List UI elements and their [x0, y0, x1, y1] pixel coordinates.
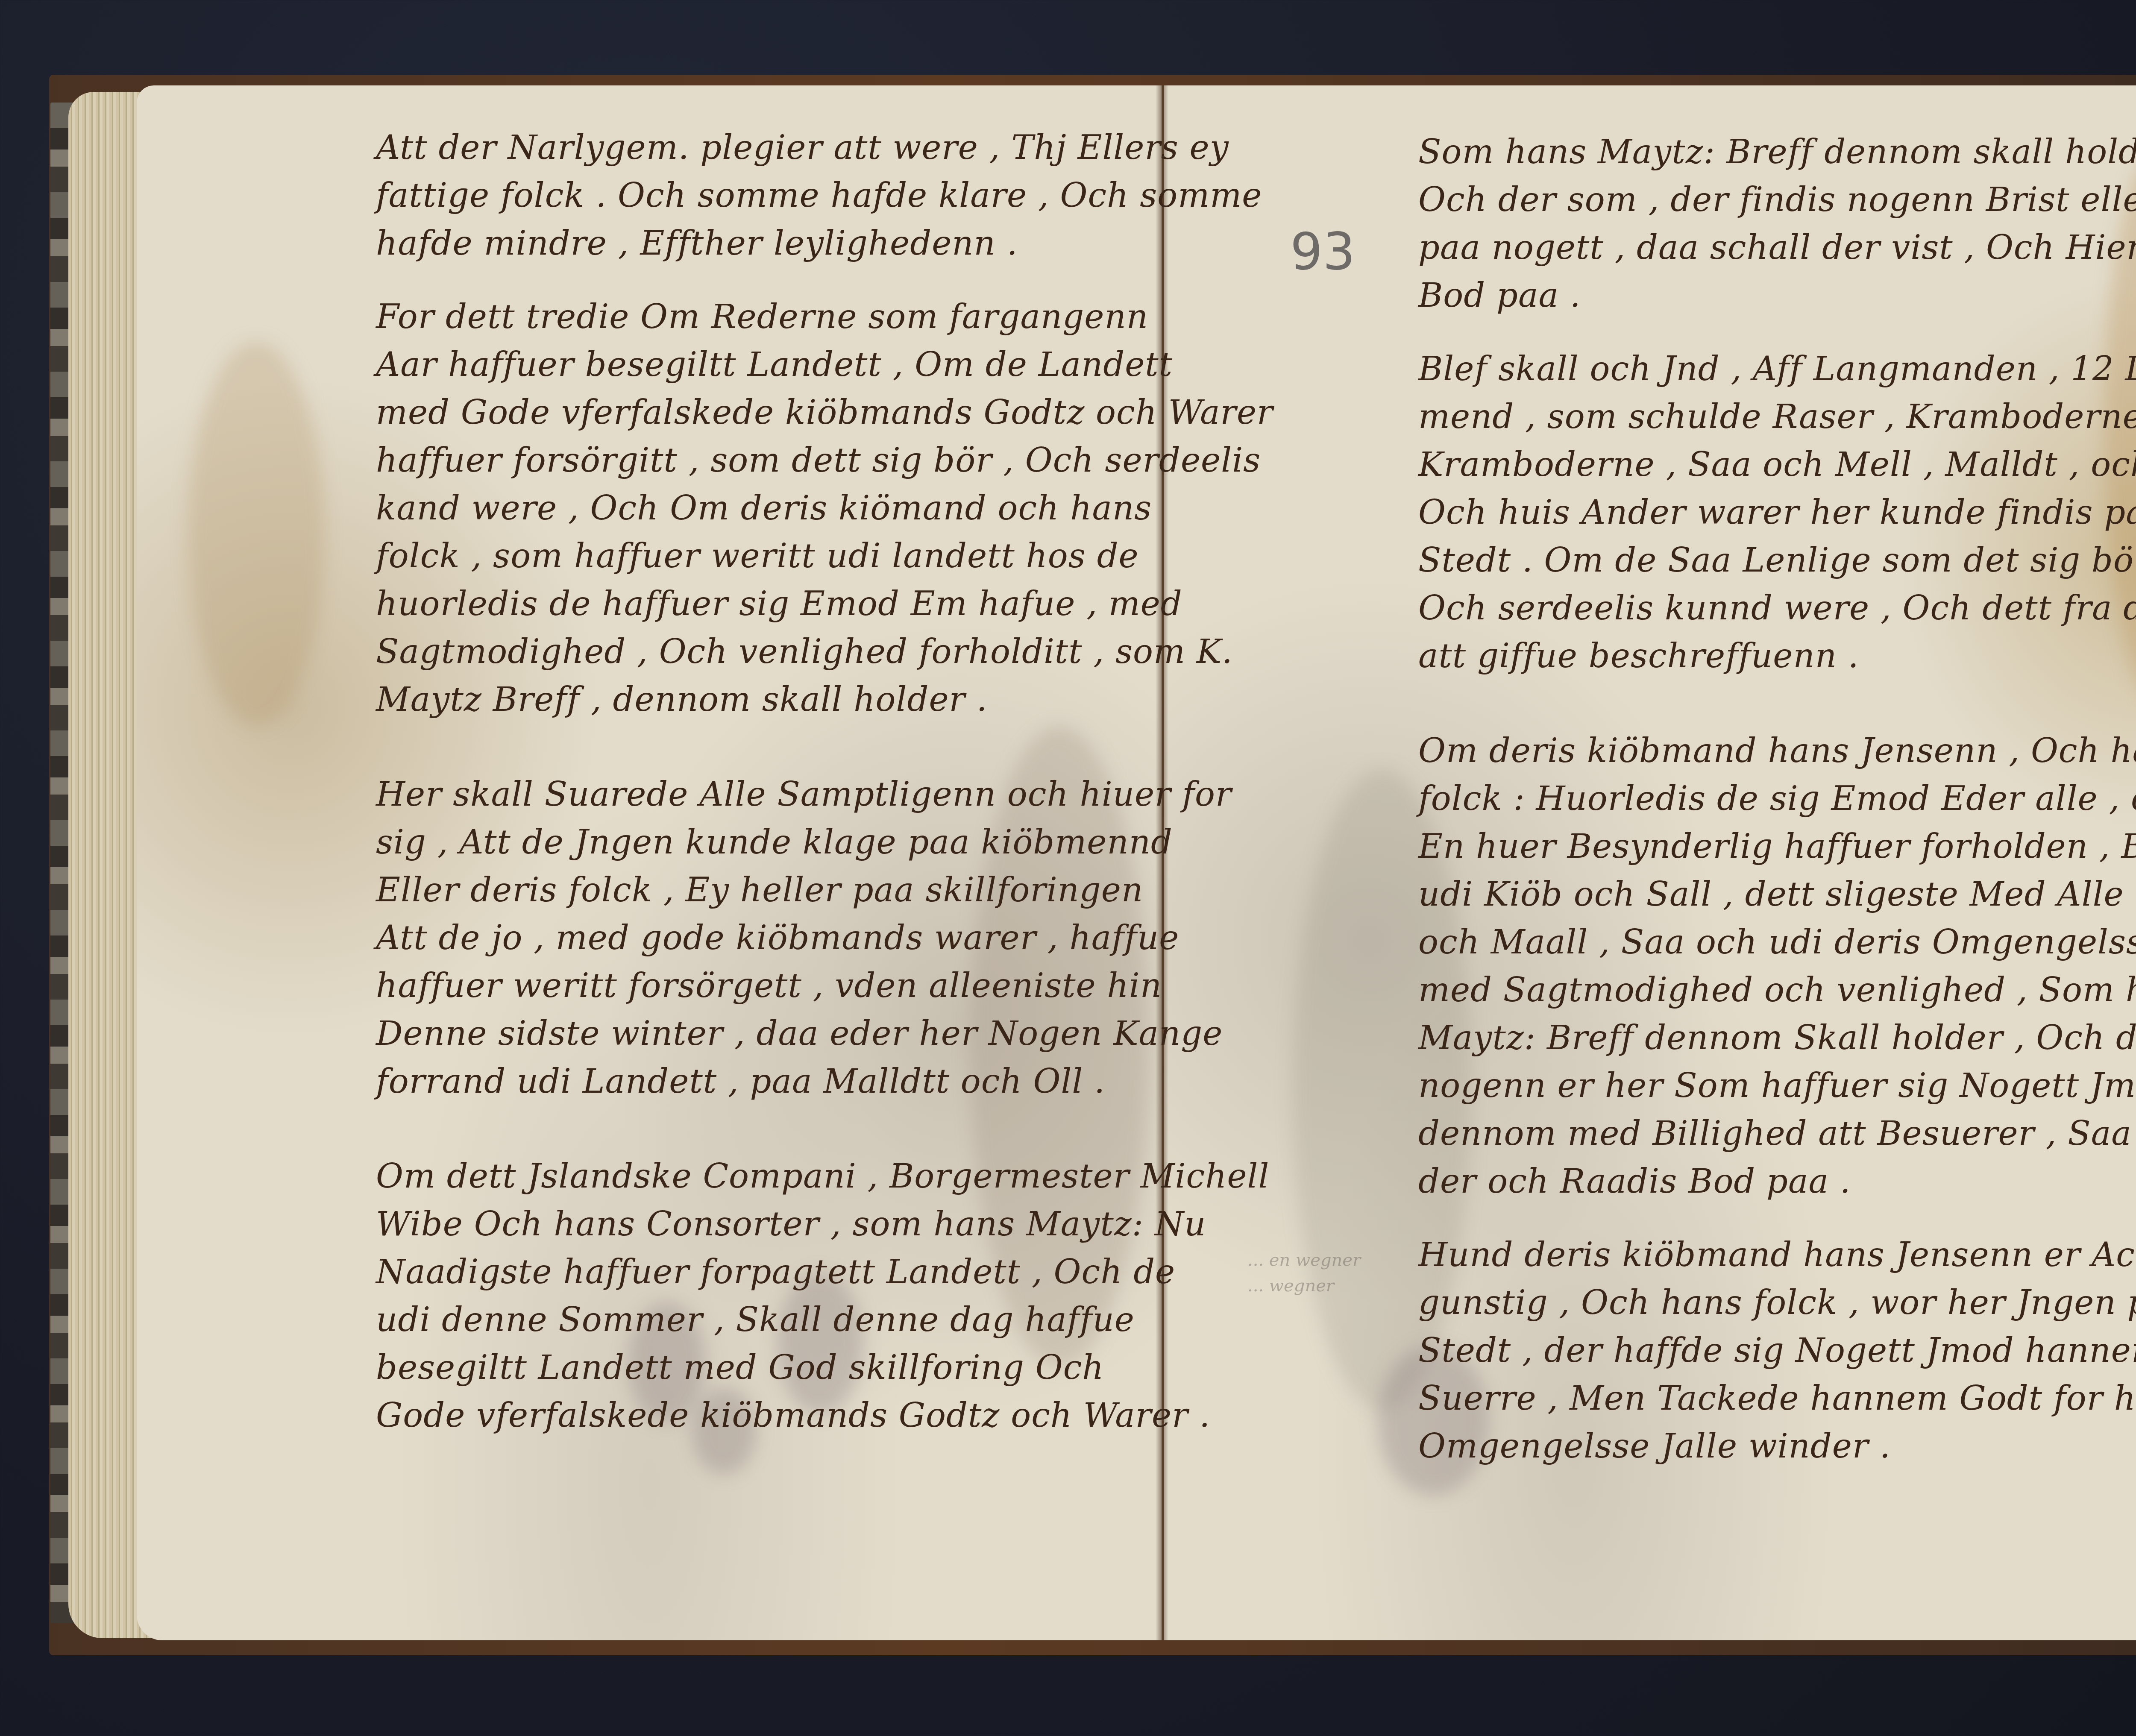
text-line: gunstig , Och hans folck , wor her Jngen… [1418, 1279, 2136, 1327]
text-line: Hund deris kiöbmand hans Jensenn er Acht… [1418, 1231, 2136, 1279]
paragraph: Som hans Maytz: Breff dennom skall holde… [1418, 128, 2136, 320]
text-line: Naadigste haffuer forpagtett Landett , O… [376, 1248, 1145, 1296]
text-line: Och serdeelis kunnd were , Och dett fra … [1418, 584, 2136, 632]
text-line: att giffue beschreffuenn . [1418, 632, 2136, 680]
text-line: Suerre , Men Tackede hannem Godt for han… [1418, 1375, 2136, 1422]
text-line: Och huis Ander warer her kunde findis pa… [1418, 489, 2136, 537]
text-line: hafde mindre , Effther leylighedenn . [376, 220, 1145, 267]
text-line: Att der Narlygem. plegier att were , Thj… [376, 124, 1145, 172]
paragraph: Att der Narlygem. plegier att were , Thj… [376, 124, 1145, 267]
text-line: For dett tredie Om Rederne som fargangen… [376, 293, 1145, 341]
text-line: haffuer forsörgitt , som dett sig bör , … [376, 437, 1145, 484]
text-line: Maytz: Breff dennom Skall holder , Och d… [1418, 1014, 2136, 1062]
text-line: med Sagtmodighed och venlighed , Som han… [1418, 966, 2136, 1014]
folio-number: 93 [1290, 222, 1356, 282]
offset-line: ... wegner [1247, 1273, 1361, 1299]
text-line: Aar haffuer besegiltt Landett , Om de La… [376, 341, 1145, 389]
right-page-text: Som hans Maytz: Breff dennom skall holde… [1418, 128, 2136, 1496]
text-line: Eller deris folck , Ey heller paa skillf… [376, 866, 1145, 914]
text-line: huorledis de haffuer sig Emod Em hafue ,… [376, 580, 1145, 628]
text-line: och Maall , Saa och udi deris Omgengelss… [1418, 918, 2136, 966]
paragraph: Om deris kiöbmand hans Jensenn , Och han… [1418, 727, 2136, 1205]
text-line: Denne sidste winter , daa eder her Nogen… [376, 1010, 1145, 1058]
left-page-text: Att der Narlygem. plegier att were , Thj… [376, 124, 1145, 1465]
text-line: Kramboderne , Saa och Mell , Malldt , oc… [1418, 441, 2136, 489]
text-line: udi denne Sommer , Skall denne dag haffu… [376, 1296, 1145, 1344]
text-line: Att de jo , med gode kiöbmands warer , h… [376, 914, 1145, 962]
text-line: fattige folck . Och somme hafde klare , … [376, 172, 1145, 220]
text-line: folck , som haffuer weritt udi landett h… [376, 532, 1145, 580]
text-line: nogenn er her Som haffuer sig Nogett Jmo… [1418, 1062, 2136, 1110]
text-line: paa nogett , daa schall der vist , Och H… [1418, 224, 2136, 272]
text-line: Her skall Suarede Alle Samptligenn och h… [376, 771, 1145, 818]
text-line: Gode vferfalskede kiöbmands Godtz och Wa… [376, 1392, 1145, 1440]
paragraph: Blef skall och Jnd , Aff Langmanden , 12… [1418, 345, 2136, 680]
text-line: Sagtmodighed , Och venlighed forholditt … [376, 628, 1145, 676]
text-line: Stedt , der haffde sig Nogett Jmod hanne… [1418, 1327, 2136, 1375]
text-line: mend , som schulde Raser , Kramboderne u… [1418, 393, 2136, 441]
text-line: En huer Besynderlig haffuer forholden , … [1418, 823, 2136, 871]
text-line: Wibe Och hans Consorter , som hans Maytz… [376, 1200, 1145, 1248]
paragraph: For dett tredie Om Rederne som fargangen… [376, 293, 1145, 724]
text-line: kand were , Och Om deris kiömand och han… [376, 484, 1145, 532]
text-line: Bod paa . [1418, 272, 2136, 320]
text-line: Som hans Maytz: Breff dennom skall holde… [1418, 128, 2136, 176]
text-line: besegiltt Landett med God skillforing Oc… [376, 1344, 1145, 1392]
text-line: dennom med Billighed att Besuerer , Saa … [1418, 1110, 2136, 1158]
paragraph: Hund deris kiöbmand hans Jensenn er Acht… [1418, 1231, 2136, 1470]
text-line: med Gode vferfalskede kiöbmands Godtz oc… [376, 389, 1145, 437]
text-line: forrand udi Landett , paa Malldtt och Ol… [376, 1058, 1145, 1106]
offset-line: ... en wegner [1247, 1247, 1361, 1273]
text-line: sig , Att de Jngen kunde klage paa kiöbm… [376, 818, 1145, 866]
text-line: der och Raadis Bod paa . [1418, 1158, 2136, 1205]
ink-offset-note: ... en wegner ... wegner [1247, 1247, 1361, 1299]
text-line: Maytz Breff , dennom skall holder . [376, 676, 1145, 724]
text-line: Om deris kiöbmand hans Jensenn , Och han… [1418, 727, 2136, 775]
text-line: folck : Huorledis de sig Emod Eder alle … [1418, 775, 2136, 823]
text-line: Stedt . Om de Saa Lenlige som det sig bö… [1418, 537, 2136, 584]
paragraph: Her skall Suarede Alle Samptligenn och h… [376, 771, 1145, 1106]
text-line: Och der som , der findis nogenn Brist el… [1418, 176, 2136, 224]
text-line: haffuer weritt forsörgett , vden alleeni… [376, 962, 1145, 1010]
paragraph: Om dett Jslandske Compani , Borgermester… [376, 1152, 1145, 1440]
text-line: Omgengelsse Jalle winder . [1418, 1422, 2136, 1470]
text-line: Blef skall och Jnd , Aff Langmanden , 12… [1418, 345, 2136, 393]
text-line: Om dett Jslandske Compani , Borgermester… [376, 1152, 1145, 1200]
text-line: udi Kiöb och Sall , dett sligeste Med Al… [1418, 871, 2136, 918]
foxing-stain [188, 342, 325, 726]
